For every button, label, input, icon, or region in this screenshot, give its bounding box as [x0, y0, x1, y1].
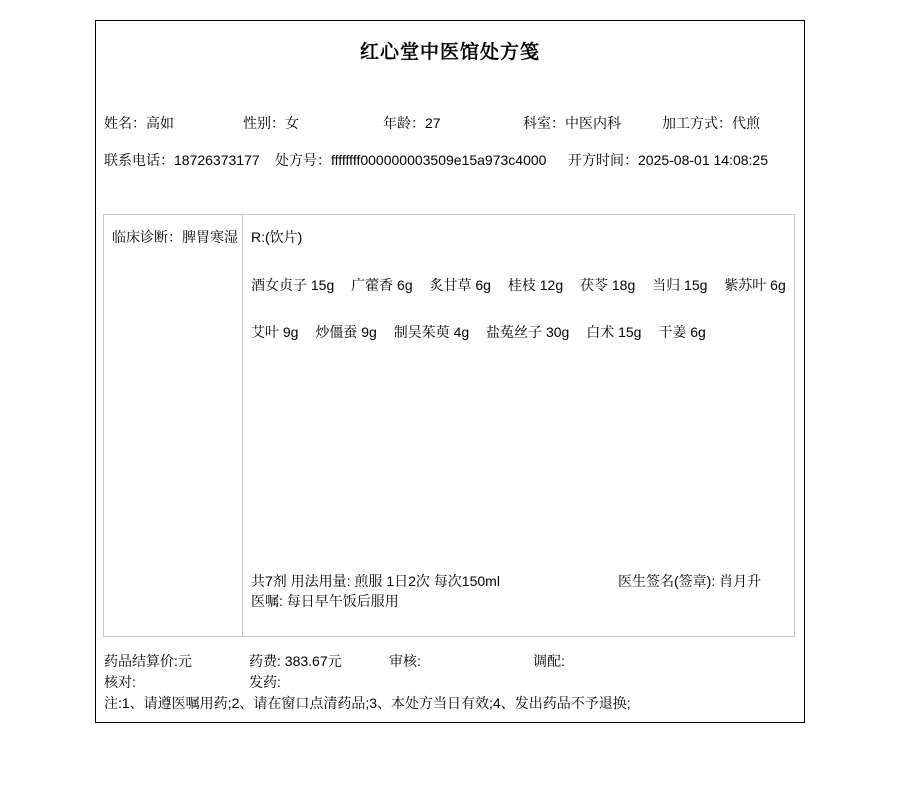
herb-line-1: 酒女贞子 15g 广藿香 6g 炙甘草 6g 桂枝 12g 茯苓 18g 当归 …	[251, 275, 799, 295]
herb-item: 酒女贞子 15g	[251, 275, 334, 295]
processing-method-field: 加工方式：代煎	[662, 113, 760, 133]
herb-item: 炒僵蚕 9g	[315, 322, 376, 342]
herb-line-2: 艾叶 9g 炒僵蚕 9g 制吴茱萸 4g 盐菟丝子 30g 白术 15g 干姜 …	[251, 322, 719, 342]
usage-summary: 共7剂 用法用量: 煎服 1日2次 每次150ml	[251, 571, 500, 591]
prescription-number-field: 处方号：ffffffff000000003509e15a973c4000	[275, 150, 546, 170]
phone-field: 联系电话：18726373177	[104, 150, 260, 170]
issue-field: 发药:	[249, 672, 281, 692]
herb-item: 茯苓 18g	[580, 275, 635, 295]
usage-notes: 注:1、请遵医嘱用药;2、请在窗口点清药品;3、本处方当日有效;4、发出药品不予…	[104, 693, 631, 713]
herb-item: 桂枝 12g	[508, 275, 563, 295]
patient-name-field: 姓名：高如	[104, 113, 174, 133]
prescription-time-field: 开方时间：2025-08-01 14:08:25	[568, 150, 768, 170]
doctor-signature: 医生签名(签章): 肖月升	[618, 571, 761, 591]
doctor-advice: 医嘱: 每日早午饭后服用	[251, 591, 399, 611]
herb-item: 制吴茱萸 4g	[394, 322, 469, 342]
herb-item: 炙甘草 6g	[430, 275, 491, 295]
diagnosis-divider	[242, 215, 243, 636]
prescription-sheet: 红心堂中医馆处方笺 姓名：高如 性别：女 年龄：27 科室：中医内科 加工方式：…	[95, 20, 805, 723]
herb-item: 白术 15g	[586, 322, 641, 342]
settlement-price-field: 药品结算价:元	[104, 651, 192, 671]
page-title: 红心堂中医馆处方笺	[96, 37, 804, 64]
herb-item: 艾叶 9g	[251, 322, 298, 342]
dispense-prep-field: 调配:	[533, 651, 565, 671]
herb-item: 当归 15g	[652, 275, 707, 295]
page-background: 红心堂中医馆处方笺 姓名：高如 性别：女 年龄：27 科室：中医内科 加工方式：…	[0, 0, 900, 800]
department-field: 科室：中医内科	[523, 113, 621, 133]
rx-header: R:(饮片)	[251, 227, 302, 247]
patient-age-field: 年龄：27	[383, 113, 441, 133]
herb-item: 干姜 6g	[658, 322, 705, 342]
prescription-box: 临床诊断：脾胃寒湿 R:(饮片) 酒女贞子 15g 广藿香 6g 炙甘草 6g …	[103, 214, 795, 637]
herb-item: 盐菟丝子 30g	[486, 322, 569, 342]
medicine-fee-field: 药费: 383.67元	[249, 651, 342, 671]
herb-item: 广藿香 6g	[351, 275, 412, 295]
check-field: 核对:	[104, 672, 136, 692]
review-field: 审核:	[389, 651, 421, 671]
clinical-diagnosis: 临床诊断：脾胃寒湿	[112, 227, 238, 247]
herb-item: 紫苏叶 6g	[724, 275, 785, 295]
patient-gender-field: 性别：女	[243, 113, 299, 133]
